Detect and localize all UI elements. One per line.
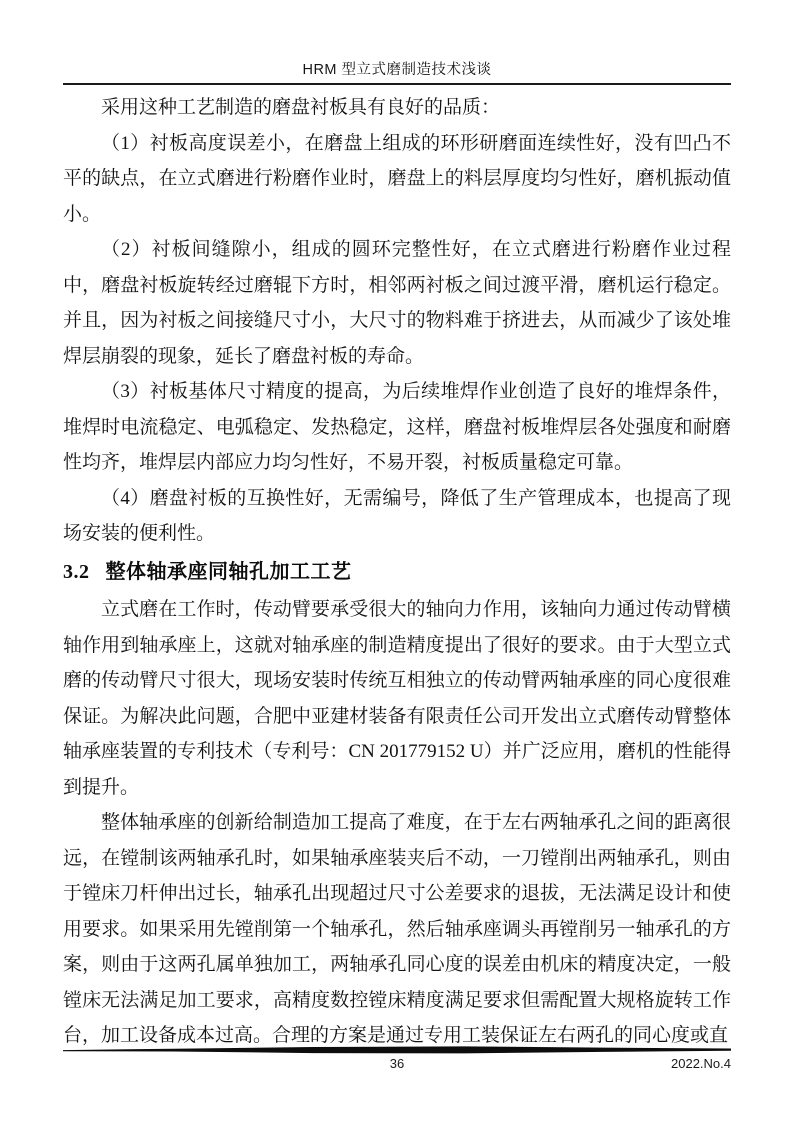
page-header: HRM 型立式磨制造技术浅谈: [63, 60, 731, 85]
page-footer: 36 2022.No.4: [63, 1046, 731, 1073]
footer-decorative-bar: [63, 1046, 731, 1054]
footer-row: 36 2022.No.4: [63, 1055, 731, 1073]
paragraph-intro: 采用这种工艺制造的磨盘衬板具有良好的品质：: [63, 90, 731, 126]
paragraph-list-item-3: （3）衬板基体尺寸精度的提高，为后续堆焊作业创造了良好的堆焊条件，堆焊时电流稳定…: [63, 374, 731, 481]
page-number: 36: [390, 1055, 404, 1072]
page-content: HRM 型立式磨制造技术浅谈 采用这种工艺制造的磨盘衬板具有良好的品质： （1）…: [63, 60, 731, 1054]
paragraph-section-1: 立式磨在工作时，传动臂要承受很大的轴向力作用，该轴向力通过传动臂横轴作用到轴承座…: [63, 592, 731, 805]
paragraph-list-item-1: （1）衬板高度误差小，在磨盘上组成的环形研磨面连续性好，没有凹凸不平的缺点，在立…: [63, 126, 731, 233]
paragraph-list-item-4: （4）磨盘衬板的互换性好，无需编号，降低了生产管理成本，也提高了现场安装的便利性…: [63, 481, 731, 552]
document-body: 采用这种工艺制造的磨盘衬板具有良好的品质： （1）衬板高度误差小，在磨盘上组成的…: [63, 90, 731, 1054]
section-heading: 3.2整体轴承座同轴孔加工工艺: [63, 555, 731, 591]
header-rule: [63, 83, 731, 85]
document-page: HRM 型立式磨制造技术浅谈 采用这种工艺制造的磨盘衬板具有良好的品质： （1）…: [0, 0, 793, 1122]
paragraph-section-2: 整体轴承座的创新给制造加工提高了难度，在于左右两轴承孔之间的距离很远，在镗制该两…: [63, 805, 731, 1054]
issue-label: 2022.No.4: [671, 1055, 731, 1072]
section-number: 3.2: [63, 561, 90, 583]
running-header-title: HRM 型立式磨制造技术浅谈: [63, 60, 731, 80]
paragraph-list-item-2: （2）衬板间缝隙小，组成的圆环完整性好，在立式磨进行粉磨作业过程中，磨盘衬板旋转…: [63, 232, 731, 374]
section-title: 整体轴承座同轴孔加工工艺: [106, 561, 352, 583]
